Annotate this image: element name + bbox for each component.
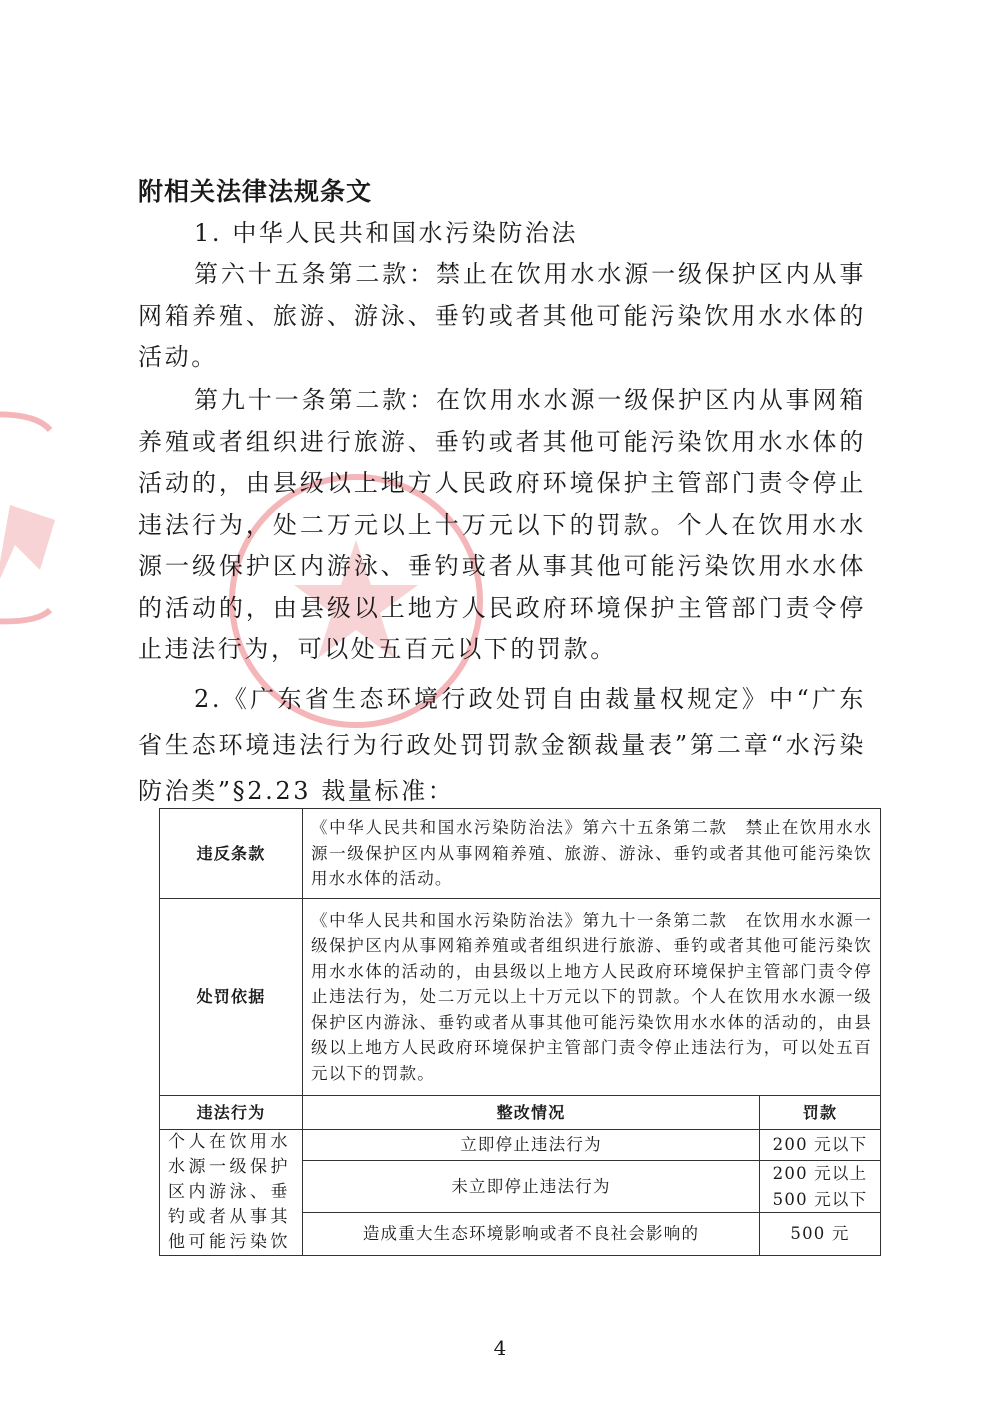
table-row: 个人在饮用水水源一级保护区内游泳、垂钓或者从事其他可能污染饮 立即停止违法行为 … <box>160 1130 881 1161</box>
header-violation-act: 违法行为 <box>160 1096 303 1130</box>
document-page: 附相关法律法规条文 1. 中华人民共和国水污染防治法 第六十五条第二款：禁止在饮… <box>0 0 1000 1414</box>
fine-cell: 200 元以下 <box>760 1130 881 1161</box>
fine-line: 500 元以下 <box>768 1187 872 1213</box>
violation-act-text: 个人在饮用水水源一级保护区内游泳、垂钓或者从事其他可能污染饮 <box>160 1130 303 1256</box>
discretion-table: 违反条款 《中华人民共和国水污染防治法》第六十五条第二款 禁止在饮用水水源一级保… <box>159 808 881 1256</box>
situation-cell: 立即停止违法行为 <box>303 1130 760 1161</box>
header-fine: 罚款 <box>760 1096 881 1130</box>
table-row: 处罚依据 《中华人民共和国水污染防治法》第九十一条第二款 在饮用水水源一级保护区… <box>160 899 881 1096</box>
page-number: 4 <box>0 1336 1000 1360</box>
edge-seal-icon <box>0 410 55 625</box>
violated-clause-label: 违反条款 <box>160 809 303 899</box>
fine-cell: 500 元 <box>760 1213 881 1256</box>
situation-cell: 未立即停止违法行为 <box>303 1161 760 1213</box>
section-title-discretion-rule: 2.《广东省生态环境行政处罚自由裁量权规定》中“广东省生态环境违法行为行政处罚罚… <box>138 676 866 814</box>
article-91-paragraph: 第九十一条第二款：在饮用水水源一级保护区内从事网箱养殖或者组织进行旅游、垂钓或者… <box>138 380 866 671</box>
penalty-basis-label: 处罚依据 <box>160 899 303 1096</box>
fine-line: 200 元以上 <box>768 1161 872 1187</box>
situation-cell: 造成重大生态环境影响或者不良社会影响的 <box>303 1213 760 1256</box>
section-title-water-law: 1. 中华人民共和国水污染防治法 <box>138 213 866 255</box>
table-row: 违反条款 《中华人民共和国水污染防治法》第六十五条第二款 禁止在饮用水水源一级保… <box>160 809 881 899</box>
violated-clause-text: 《中华人民共和国水污染防治法》第六十五条第二款 禁止在饮用水水源一级保护区内从事… <box>303 809 881 899</box>
fine-cell: 200 元以上 500 元以下 <box>760 1161 881 1213</box>
table-header-row: 违法行为 整改情况 罚款 <box>160 1096 881 1130</box>
header-rectification: 整改情况 <box>303 1096 760 1130</box>
penalty-basis-text: 《中华人民共和国水污染防治法》第九十一条第二款 在饮用水水源一级保护区内从事网箱… <box>303 899 881 1096</box>
article-65-paragraph: 第六十五条第二款：禁止在饮用水水源一级保护区内从事网箱养殖、旅游、游泳、垂钓或者… <box>138 254 866 379</box>
page-heading: 附相关法律法规条文 <box>138 172 372 208</box>
